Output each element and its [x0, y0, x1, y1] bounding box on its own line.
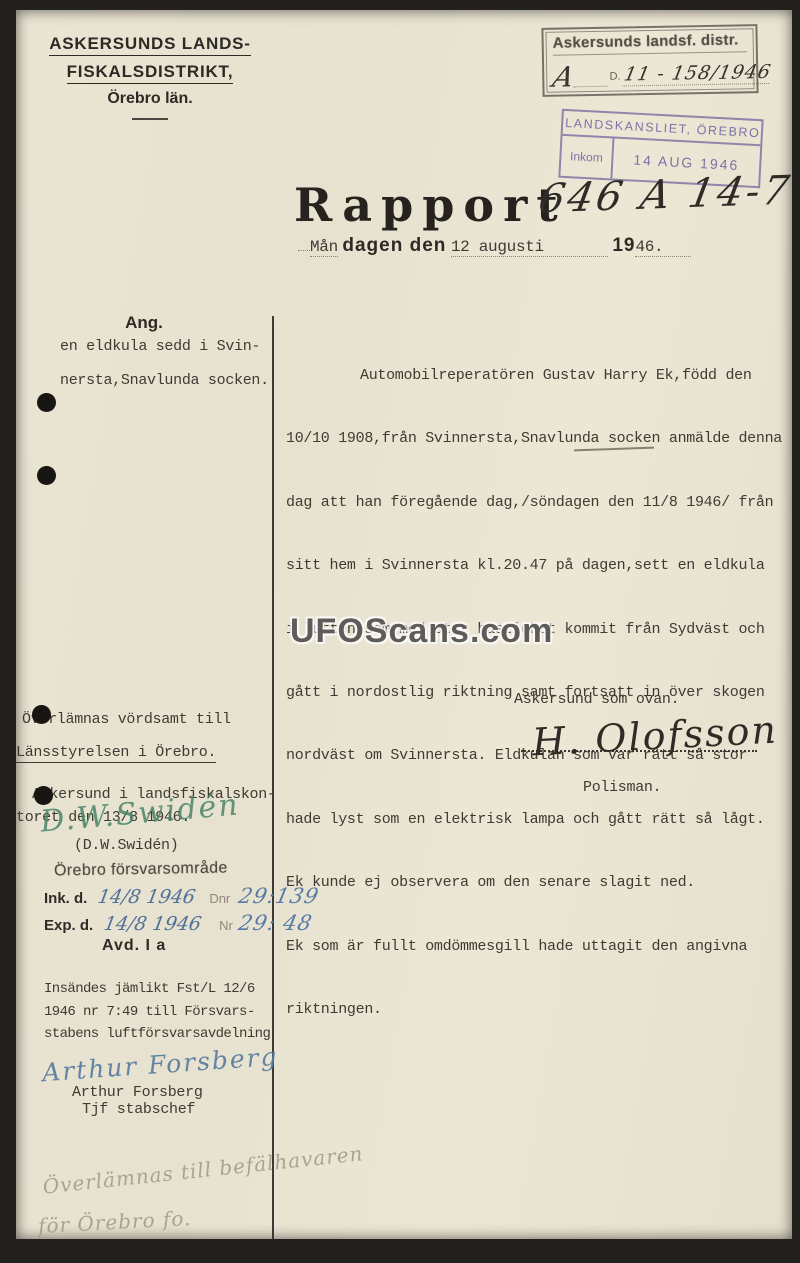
punch-hole — [34, 786, 53, 805]
subject-line2: nersta,Snavlunda socken. — [60, 372, 269, 389]
landskansliet-inkom-label: Inkom — [560, 136, 614, 179]
forsvar-avd: Avd. I a — [102, 937, 166, 955]
stabschef-name-typed: Arthur Forsberg — [72, 1084, 203, 1101]
date-typed-year: 46. — [635, 238, 691, 257]
district-stamp-dotted-line — [573, 62, 607, 88]
date-typed-day: Mån — [310, 238, 338, 257]
forsvar-dnr-number-handwriting: 29:139 — [236, 884, 321, 908]
landsfiskal-name-typed: (D.W.Swidén) — [74, 837, 178, 854]
stabschef-title-typed: Tjf stabschef — [82, 1101, 195, 1118]
closing-title: Polisman. — [583, 779, 661, 796]
forsvar-stamp-title: Örebro försvarsområde — [54, 859, 228, 880]
body-line: dag att han föregående dag,/söndagen den… — [286, 494, 790, 523]
stabschef-signature: Arthur Forsberg — [41, 1042, 279, 1087]
report-paper: ASKERSUNDS LANDS- FISKALSDISTRIKT, Örebr… — [16, 10, 792, 1239]
submission-line1: Insändes jämlikt Fst/L 12/6 — [44, 981, 255, 997]
forsvar-exp-label: Exp. d. — [44, 917, 93, 934]
district-stamp-number-handwriting: 11 - 158/1946 — [622, 61, 773, 87]
column-divider-line — [272, 316, 274, 1239]
date-printed-year: 19 — [612, 235, 635, 256]
letterhead-line2: FISKALSDISTRIKT, — [67, 62, 234, 84]
punch-hole — [32, 705, 51, 724]
body-line: Automobilreperatören Gustav Harry Ek,föd… — [286, 367, 790, 396]
forwarding-line1: Överlämnas vördsamt till — [22, 711, 231, 728]
district-stamp: Askersunds landsf. distr. A D. 11 - 158/… — [541, 24, 758, 97]
forsvar-dnr-label: Dnr — [209, 891, 230, 906]
pencil-note-line2: för Örebro fo. — [37, 1206, 191, 1238]
forsvar-exp-row: Exp. d. 14/8 1946 Nr 29: 48 — [44, 911, 313, 935]
punch-hole — [37, 466, 56, 485]
letterhead-line1: ASKERSUNDS LANDS- — [49, 34, 251, 56]
letterhead-rule — [132, 118, 168, 120]
district-stamp-inner: Askersunds landsf. distr. A D. 11 - 158/… — [545, 28, 754, 93]
district-stamp-d-label: D. — [609, 71, 620, 83]
body-line: sitt hem i Svinnersta kl.20.47 på dagen,… — [286, 557, 790, 586]
scanned-document-page: ASKERSUNDS LANDS- FISKALSDISTRIKT, Örebr… — [0, 0, 800, 1263]
date-printed-mid: dagen den — [342, 235, 446, 256]
body-line: 10/10 1908,från Svinnersta,Snavlunda soc… — [286, 430, 790, 459]
body-line: hade lyst som en elektrisk lampa och gåt… — [286, 811, 790, 840]
forsvar-nr-number-handwriting: 29: 48 — [237, 911, 315, 935]
report-date-line: Mån dagen den 12 augusti 1946. — [298, 230, 691, 257]
forsvar-ink-row: Ink. d. 14/8 1946 Dnr 29:139 — [44, 884, 319, 908]
punch-hole — [37, 393, 56, 412]
subject-label: Ang. — [104, 313, 184, 333]
date-dots-lead — [298, 230, 310, 251]
district-stamp-initial-handwriting: A — [551, 67, 576, 87]
closing-place: Askersund som ovan. — [514, 691, 679, 708]
submission-line3: stabens luftförsvarsavdelning — [44, 1026, 270, 1042]
ufoscans-watermark: UFOScans.com — [290, 612, 553, 651]
pencil-note-line1: Överlämnas till befälhavaren — [42, 1141, 365, 1199]
body-line: riktningen. — [286, 1001, 790, 1030]
subject-line1: en eldkula sedd i Svin- — [60, 338, 260, 355]
forwarding-line2: Länsstyrelsen i Örebro. — [16, 744, 216, 763]
forsvar-ink-date-handwriting: 14/8 1946 — [96, 886, 197, 908]
diary-number-handwriting: 646 A 14-7 — [535, 168, 792, 223]
forsvar-nr-label: Nr — [219, 918, 233, 933]
letterhead-line3: Örebro län. — [107, 90, 192, 107]
submission-line2: 1946 nr 7:49 till Försvars- — [44, 1004, 255, 1020]
body-line: Ek kunde ej observera om den senare slag… — [286, 874, 790, 903]
body-line: Ek som är fullt omdömmesgill hade uttagi… — [286, 938, 790, 967]
report-title: Rapport — [294, 178, 567, 232]
letterhead: ASKERSUNDS LANDS- FISKALSDISTRIKT, Örebr… — [44, 34, 256, 120]
date-typed-date: 12 augusti — [451, 238, 608, 257]
forsvar-ink-label: Ink. d. — [44, 890, 87, 907]
forsvar-exp-date-handwriting: 14/8 1946 — [102, 913, 203, 935]
